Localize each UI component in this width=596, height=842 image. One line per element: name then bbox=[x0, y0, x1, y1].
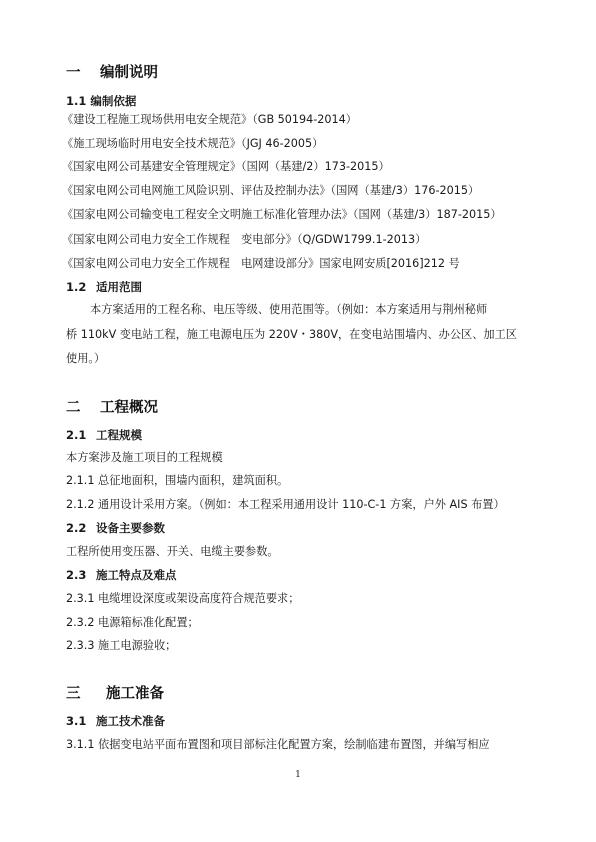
document-page: 一编制说明 1.1 编制依据 《建设工程施工现场供用电安全规范》（GB 5019… bbox=[0, 0, 596, 842]
paragraph-line: 工程所使用变压器、开关、电缆主要参数。 bbox=[66, 545, 279, 559]
subsection-number: 2.1 bbox=[66, 428, 96, 442]
paragraph-line: 桥 110kV 变电站工程，施工电源电压为 220V・380V，在变电站围墙内、… bbox=[66, 328, 517, 342]
subsection-title: 设备主要参数 bbox=[96, 521, 165, 535]
section-number: 二 bbox=[66, 399, 100, 417]
subsection-heading-3-1: 3.1施工技术准备 bbox=[66, 714, 165, 728]
page-number: 1 bbox=[0, 770, 596, 780]
list-item: 2.3.2 电源箱标准化配置； bbox=[66, 616, 199, 630]
list-item: 2.1.1 总征地面积，围墙内面积，建筑面积。 bbox=[66, 474, 288, 488]
reference-item: 《国家电网公司输变电工程安全文明施工标准化管理办法》（国网（基建/3）187-2… bbox=[62, 208, 502, 222]
subsection-heading-2-2: 2.2设备主要参数 bbox=[66, 521, 165, 535]
section-number: 一 bbox=[66, 64, 100, 82]
subsection-title: 适用范围 bbox=[96, 280, 142, 294]
list-item: 3.1.1 依据变电站平面布置图和项目部标注化配置方案，绘制临建布置图，并编写相… bbox=[66, 738, 490, 752]
section-heading-1: 一编制说明 bbox=[66, 64, 158, 82]
subsection-heading-2-3: 2.3施工特点及难点 bbox=[66, 568, 177, 582]
list-item: 2.1.2 通用设计采用方案。（例如：本工程采用通用设计 110-C-1 方案，… bbox=[66, 498, 505, 512]
subsection-title: 施工技术准备 bbox=[96, 714, 165, 728]
reference-item: 《施工现场临时用电安全技术规范》（JGJ 46-2005） bbox=[62, 137, 323, 151]
subsection-number: 3.1 bbox=[66, 714, 96, 728]
subsection-number: 2.2 bbox=[66, 521, 96, 535]
subsection-title: 工程规模 bbox=[96, 428, 142, 442]
subsection-number: 1.2 bbox=[66, 280, 96, 294]
subsection-heading-1-2: 1.2适用范围 bbox=[66, 280, 142, 294]
section-title: 工程概况 bbox=[100, 400, 158, 416]
subsection-heading-2-1: 2.1工程规模 bbox=[66, 428, 142, 442]
subsection-heading-1-1: 1.1 编制依据 bbox=[66, 94, 136, 108]
section-title: 施工准备 bbox=[106, 686, 164, 702]
paragraph-line: 本方案适用的工程名称、电压等级、使用范围等。（例如：本方案适用与荆州秘师 bbox=[90, 303, 487, 317]
reference-item: 《国家电网公司电力安全工作规程 变电部分》（Q/GDW1799.1-2013） bbox=[62, 233, 426, 247]
section-heading-2: 二工程概况 bbox=[66, 399, 158, 417]
list-item: 2.3.1 电缆埋设深度或架设高度符合规范要求； bbox=[66, 592, 299, 606]
section-heading-3: 三施工准备 bbox=[66, 685, 164, 703]
paragraph-line: 本方案涉及施工项目的工程规模 bbox=[66, 451, 223, 465]
reference-item: 《建设工程施工现场供用电安全规范》（GB 50194-2014） bbox=[62, 113, 357, 127]
reference-item: 《国家电网公司基建安全管理规定》（国网（基建/2）173-2015） bbox=[62, 160, 390, 174]
section-number: 三 bbox=[66, 685, 106, 703]
reference-item: 《国家电网公司电网施工风险识别、评估及控制办法》（国网（基建/3）176-201… bbox=[62, 184, 479, 198]
paragraph-line: 使用。） bbox=[66, 352, 105, 366]
subsection-number: 2.3 bbox=[66, 568, 96, 582]
reference-item: 《国家电网公司电力安全工作规程 电网建设部分》国家电网安质[2016]212 号 bbox=[62, 257, 460, 271]
list-item: 2.3.3 施工电源验收； bbox=[66, 639, 176, 653]
section-title: 编制说明 bbox=[100, 65, 158, 81]
subsection-title: 施工特点及难点 bbox=[96, 568, 177, 582]
